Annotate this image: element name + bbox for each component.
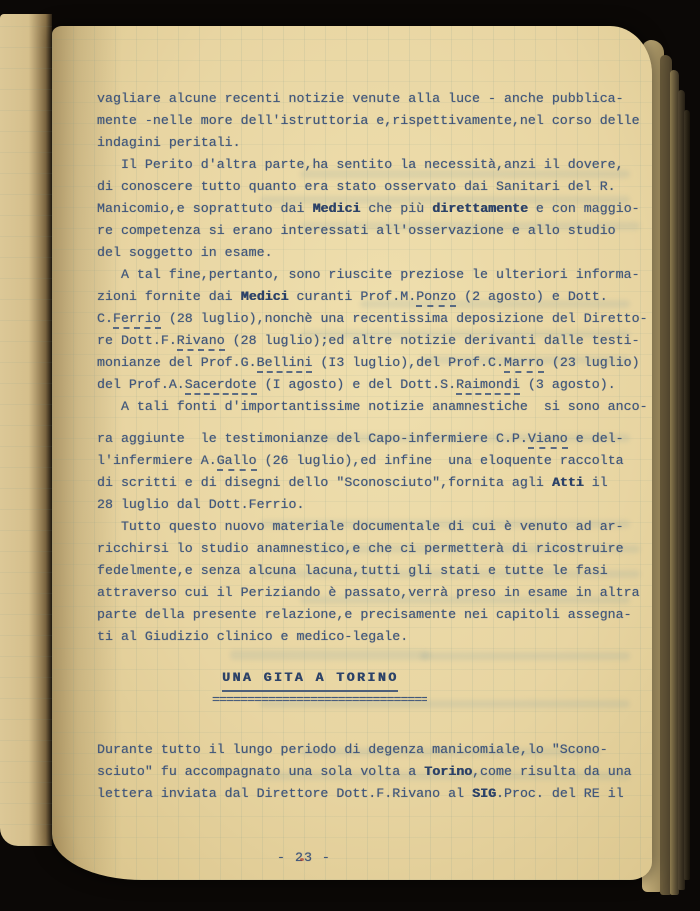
page-number: - 23 - — [277, 847, 645, 869]
text-segment: (23 luglio) — [544, 355, 640, 370]
text-segment: di conoscere tutto quanto era stato osse… — [97, 179, 616, 194]
text-segment: il — [584, 475, 608, 490]
text-segment: Torino — [424, 764, 472, 779]
text-segment: (28 luglio),nonchè una recentissima depo… — [161, 311, 648, 326]
underlined-name: Raimondi — [456, 377, 520, 395]
text-segment: monianze del Prof.G. — [97, 355, 257, 370]
text-line: ra aggiunte le testimonianze del Capo-in… — [97, 428, 645, 450]
document-page: vagliare alcune recenti notizie venute a… — [52, 26, 652, 880]
text-line: del Prof.A.Sacerdote (I agosto) e del Do… — [97, 374, 645, 396]
text-segment: Tutto questo nuovo materiale documentale… — [97, 519, 624, 534]
text-line: re Dott.F.Rivano (28 luglio);ed altre no… — [97, 330, 645, 352]
text-segment: di scritti e di disegni dello "Sconosciu… — [97, 475, 552, 490]
text-line: A tali fonti d'importantissime notizie a… — [97, 396, 645, 418]
paragraph: Il Perito d'altra parte,ha sentito la ne… — [97, 154, 645, 264]
text-segment: curanti Prof.M. — [289, 289, 417, 304]
text-segment: e del- — [568, 431, 624, 446]
text-segment: C. — [97, 311, 113, 326]
text-line: Durante tutto il lungo periodo di degenz… — [97, 739, 645, 761]
underlined-name: Bellini — [257, 355, 313, 373]
text-segment: attraverso cui il Periziando è passato,v… — [97, 585, 640, 600]
text-segment: Manicomio,e soprattuto dai — [97, 201, 312, 216]
text-block: vagliare alcune recenti notizie venute a… — [97, 88, 645, 869]
paragraph: ra aggiunte le testimonianze del Capo-in… — [97, 428, 645, 516]
text-segment: Atti — [552, 475, 584, 490]
text-line: lettera inviata dal Direttore Dott.F.Riv… — [97, 783, 645, 805]
paragraph: A tali fonti d'importantissime notizie a… — [97, 396, 645, 418]
section-heading-block: UNA GITA A TORINO ======================… — [222, 667, 452, 707]
text-segment: fedelmente,e senza alcuna lacuna,tutti g… — [97, 563, 608, 578]
text-segment: del soggetto in esame. — [97, 245, 273, 260]
text-segment: (2 agosto) e Dott. — [456, 289, 608, 304]
underlined-name: Ferrio — [113, 311, 161, 329]
text-line: di conoscere tutto quanto era stato osse… — [97, 176, 645, 198]
text-segment: 28 luglio dal Dott.Ferrio. — [97, 497, 304, 512]
text-segment: re competenza si erano interessati all'o… — [97, 223, 616, 238]
text-segment: ,come risulta da una — [472, 764, 632, 779]
paragraph: vagliare alcune recenti notizie venute a… — [97, 88, 645, 154]
text-segment: (26 luglio),ed infine una eloquente racc… — [257, 453, 624, 468]
paragraph: Durante tutto il lungo periodo di degenz… — [97, 739, 645, 805]
underlined-name: Sacerdote — [185, 377, 257, 395]
text-line: del soggetto in esame. — [97, 242, 645, 264]
text-line: l'infermiere A.Gallo (26 luglio),ed infi… — [97, 450, 645, 472]
text-segment: zioni fornite dai — [97, 289, 241, 304]
text-segment: mente -nelle more dell'istruttoria e,ris… — [97, 113, 640, 128]
closing-paragraphs: Durante tutto il lungo periodo di degenz… — [97, 739, 645, 805]
text-line: 28 luglio dal Dott.Ferrio. — [97, 494, 645, 516]
text-line: parte della presente relazione,e precisa… — [97, 604, 645, 626]
section-heading: UNA GITA A TORINO — [222, 667, 398, 692]
text-line: vagliare alcune recenti notizie venute a… — [97, 88, 645, 110]
text-line: A tal fine,pertanto, sono riuscite prezi… — [97, 264, 645, 286]
text-line: ricchirsi lo studio anamnestico,e che ci… — [97, 538, 645, 560]
text-line: fedelmente,e senza alcuna lacuna,tutti g… — [97, 560, 645, 582]
red-ink-speck — [300, 858, 304, 861]
text-segment: (I3 luglio),del Prof.C. — [312, 355, 504, 370]
text-line: Manicomio,e soprattuto dai Medici che pi… — [97, 198, 645, 220]
paragraph: A tal fine,pertanto, sono riuscite prezi… — [97, 264, 645, 396]
facing-page-edge — [0, 14, 52, 846]
text-segment: parte della presente relazione,e precisa… — [97, 607, 632, 622]
text-segment: Il Perito d'altra parte,ha sentito la ne… — [97, 157, 624, 172]
text-line: zioni fornite dai Medici curanti Prof.M.… — [97, 286, 645, 308]
text-segment: .Proc. del RE il — [496, 786, 624, 801]
text-segment: che più — [360, 201, 432, 216]
text-segment: vagliare alcune recenti notizie venute a… — [97, 91, 624, 106]
text-segment: (28 luglio);ed altre notizie derivanti d… — [225, 333, 640, 348]
heading-underline: ================================== — [212, 693, 427, 707]
text-line: monianze del Prof.G.Bellini (I3 luglio),… — [97, 352, 645, 374]
text-segment: (3 agosto). — [520, 377, 616, 392]
text-segment: ra aggiunte le testimonianze del Capo-in… — [97, 431, 528, 446]
underlined-name: Marro — [504, 355, 544, 373]
text-line: C.Ferrio (28 luglio),nonchè una recentis… — [97, 308, 645, 330]
text-segment: re Dott.F. — [97, 333, 177, 348]
text-segment: Durante tutto il lungo periodo di degenz… — [97, 742, 608, 757]
text-segment: indagini peritali. — [97, 135, 241, 150]
text-segment: l'infermiere A. — [97, 453, 217, 468]
text-line: Il Perito d'altra parte,ha sentito la ne… — [97, 154, 645, 176]
main-paragraphs: vagliare alcune recenti notizie venute a… — [97, 88, 645, 648]
underlined-name: Viano — [528, 431, 568, 449]
text-line: Tutto questo nuovo materiale documentale… — [97, 516, 645, 538]
text-segment: direttamente — [432, 201, 528, 216]
text-line: sciuto" fu accompagnato una sola volta a… — [97, 761, 645, 783]
text-segment: Medici — [312, 201, 360, 216]
text-segment: (I agosto) e del Dott.S. — [257, 377, 457, 392]
text-line: re competenza si erano interessati all'o… — [97, 220, 645, 242]
text-segment: Medici — [241, 289, 289, 304]
text-line: attraverso cui il Periziando è passato,v… — [97, 582, 645, 604]
underlined-name: Ponzo — [416, 289, 456, 307]
text-segment: lettera inviata dal Direttore Dott.F.Riv… — [97, 786, 472, 801]
underlined-name: Gallo — [217, 453, 257, 471]
text-segment: sciuto" fu accompagnato una sola volta a — [97, 764, 424, 779]
text-line: di scritti e di disegni dello "Sconosciu… — [97, 472, 645, 494]
page-stack-edge — [684, 110, 690, 880]
text-line: indagini peritali. — [97, 132, 645, 154]
paragraph: Tutto questo nuovo materiale documentale… — [97, 516, 645, 648]
text-segment: ricchirsi lo studio anamnestico,e che ci… — [97, 541, 624, 556]
underlined-name: Rivano — [177, 333, 225, 351]
scanned-book-photo: vagliare alcune recenti notizie venute a… — [0, 0, 700, 911]
text-segment: e con maggio- — [528, 201, 640, 216]
text-segment: A tal fine,pertanto, sono riuscite prezi… — [97, 267, 640, 282]
text-line: mente -nelle more dell'istruttoria e,ris… — [97, 110, 645, 132]
text-segment: ti al Giudizio clinico e medico-legale. — [97, 629, 408, 644]
text-segment: SIG — [472, 786, 496, 801]
text-segment: del Prof.A. — [97, 377, 185, 392]
text-line: ti al Giudizio clinico e medico-legale. — [97, 626, 645, 648]
text-segment: A tali fonti d'importantissime notizie a… — [97, 399, 648, 414]
